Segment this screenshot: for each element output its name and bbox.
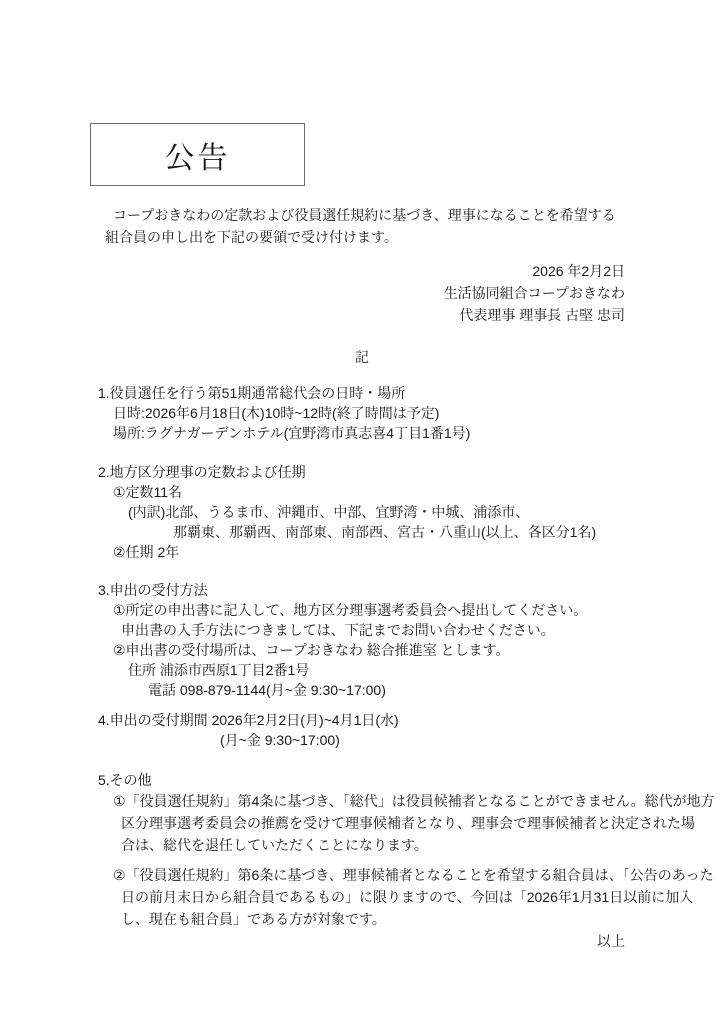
closing-marker: 以上: [0, 930, 724, 952]
section-4-hours: (月~金 9:30~17:00): [220, 730, 724, 750]
section-3-step2: ②申出書の受付場所は、コープおきなわ 総合推進室 とします。: [113, 640, 724, 660]
intro-line-1: コープおきなわの定款および役員選任規約に基づき、理事になることを希望する: [113, 204, 724, 226]
section-5-note1-line2: 区分理事選考委員会の推薦を受けて理事候補者となり、理事会で理事候補者と決定された…: [121, 812, 724, 834]
section-4: 4.申出の受付期間 2026年2月2日(月)~4月1日(水) (月~金 9:30…: [0, 710, 724, 750]
section-1-datetime: 日時:2026年6月18日(木)10時~12時(終了時間は予定): [113, 403, 724, 423]
section-2-quota: ①定数11名: [113, 482, 724, 502]
notice-title-box: 公告: [90, 123, 305, 186]
intro-line-2: 組合員の申し出を下記の要領で受け付けます。: [105, 226, 724, 248]
section-3-step1-line2: 申出書の入手方法につきましては、下記までお問い合わせください。: [121, 620, 724, 640]
notice-page: 公告 コープおきなわの定款および役員選任規約に基づき、理事になることを希望する …: [0, 0, 724, 1024]
section-1: 1.役員選任を行う第51期通常総代会の日時・場所 日時:2026年6月18日(木…: [0, 383, 724, 443]
signature-date: 2026 年2月2日: [0, 260, 625, 282]
section-2: 2.地方区分理事の定数および任期 ①定数11名 (内訳)北部、うるま市、沖縄市、…: [0, 462, 724, 562]
section-1-place: 場所:ラグナガーデンホテル(宜野湾市真志喜4丁目1番1号): [113, 423, 724, 443]
section-2-heading: 2.地方区分理事の定数および任期: [98, 462, 724, 482]
section-3-heading: 3.申出の受付方法: [98, 580, 724, 600]
section-5-note-2: ②「役員選任規約」第6条に基づき、理事候補者となることを希望する組合員は、「公告…: [0, 864, 724, 930]
signature-representative: 代表理事 理事長 古堅 忠司: [0, 304, 625, 326]
section-2-term: ②任期 2年: [113, 542, 724, 562]
section-5-note1-line3: 合は、総代を退任していただくことになります。: [121, 834, 724, 856]
section-5: 5.その他 ①「役員選任規約」第4条に基づき、「総代」は役員候補者となることがで…: [0, 770, 724, 930]
section-2-breakdown-1: (内訳)北部、うるま市、沖縄市、中部、宜野湾・中城、浦添市、: [128, 502, 724, 522]
section-3: 3.申出の受付方法 ①所定の申出書に記入して、地方区分理事選考委員会へ提出してく…: [0, 580, 724, 700]
record-marker: 記: [0, 346, 724, 368]
section-3-step1-line1: ①所定の申出書に記入して、地方区分理事選考委員会へ提出してください。: [113, 600, 724, 620]
section-4-heading: 4.申出の受付期間 2026年2月2日(月)~4月1日(水): [98, 710, 724, 730]
signature-organization: 生活協同組合コープおきなわ: [0, 282, 625, 304]
section-3-phone: 電話 098-879-1144(月~金 9:30~17:00): [148, 680, 724, 700]
signature-block: 2026 年2月2日 生活協同組合コープおきなわ 代表理事 理事長 古堅 忠司: [0, 260, 724, 326]
section-5-note-1: ①「役員選任規約」第4条に基づき、「総代」は役員候補者となることができません。総…: [0, 790, 724, 856]
notice-title: 公告: [165, 133, 231, 177]
section-5-note2-line1: ②「役員選任規約」第6条に基づき、理事候補者となることを希望する組合員は、「公告…: [113, 864, 724, 886]
section-5-note2-line2: 日の前月末日から組合員であるもの」に限りますので、今回は「2026年1月31日以…: [121, 886, 724, 908]
intro-paragraph: コープおきなわの定款および役員選任規約に基づき、理事になることを希望する 組合員…: [0, 204, 724, 248]
section-5-heading: 5.その他: [98, 770, 724, 790]
section-5-note2-line3: し、現在も組合員」である方が対象です。: [121, 908, 724, 930]
section-2-breakdown-2: 那覇東、那覇西、南部東、南部西、宮古・八重山(以上、各区分1名): [173, 522, 724, 542]
section-1-heading: 1.役員選任を行う第51期通常総代会の日時・場所: [98, 383, 724, 403]
section-5-note1-line1: ①「役員選任規約」第4条に基づき、「総代」は役員候補者となることができません。総…: [113, 790, 724, 812]
section-3-address: 住所 浦添市西原1丁目2番1号: [128, 660, 724, 680]
